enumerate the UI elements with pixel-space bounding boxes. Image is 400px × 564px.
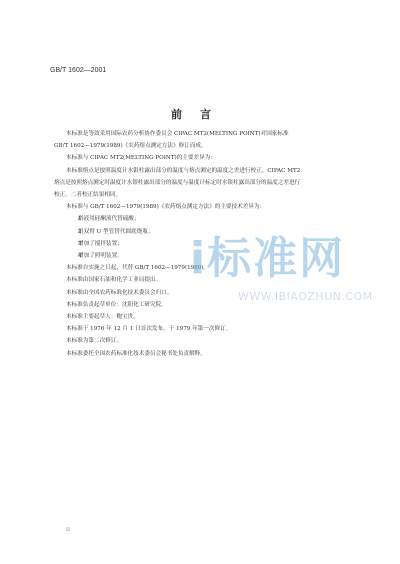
paragraph: 本标准是等效采用国际农药分析协作委员会 CIPAC MT2(MELTING PO… bbox=[54, 128, 354, 140]
watermark-url: WWW.IBIAOZHUN.COM bbox=[238, 290, 373, 303]
paragraph: 本标准熔点是按照温度计水银柱露出部分的温度与熔点测定的温度之差进行校正。CIPA… bbox=[54, 165, 354, 177]
paragraph: 本标准主要起草人：鲍宝贵。 bbox=[54, 311, 354, 323]
paragraph: 校正。二者校正结果相同。 bbox=[54, 189, 354, 201]
paragraph: 本标准为第二次修订。 bbox=[54, 335, 354, 347]
paragraph: 本标准与 CIPAC MT2(MELTING POINT)的主要差异为： bbox=[54, 152, 354, 164]
paragraph: GB/T 1602—1979(1989)《农药熔点测定方法》修订而成。 bbox=[54, 140, 354, 152]
watermark-logo: i标准网 bbox=[190, 222, 345, 286]
page-number: II bbox=[66, 527, 70, 533]
paragraph: 本标准于 1976 年 12 月 1 日首次发布，于 1979 年第一次修订。 bbox=[54, 323, 354, 335]
standard-number: GB/T 1602—2001 bbox=[50, 67, 106, 74]
page-title: 前言 bbox=[0, 106, 400, 122]
paragraph: 本标准与 GB/T 1602—1979(1989)《农药熔点测定方法》的主要技术… bbox=[54, 201, 354, 213]
paragraph: 熔点是按照熔点测定时温度计水银柱露出部分的温度与温度计标定时水银柱露出部分的温度… bbox=[54, 177, 354, 189]
paragraph: 本标准委托全国农药标准化技术委员会秘书处负责解释。 bbox=[54, 348, 354, 360]
